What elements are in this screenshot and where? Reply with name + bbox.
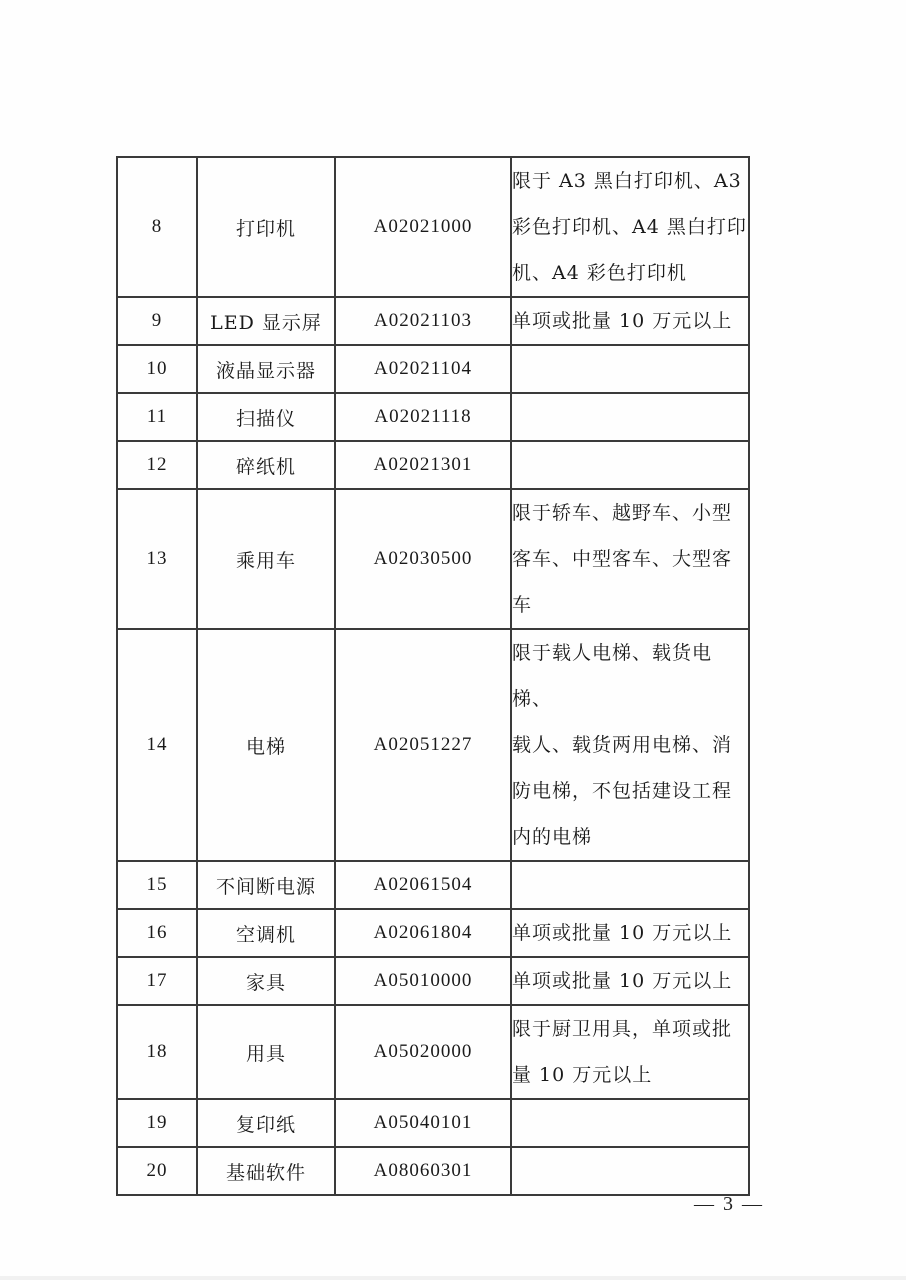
table-row: 10 液晶显示器 A02021104 bbox=[117, 345, 749, 393]
item-code: A05040101 bbox=[335, 1099, 511, 1147]
note-line: 机、A4 彩色打印机 bbox=[512, 250, 748, 296]
table-row: 12 碎纸机 A02021301 bbox=[117, 441, 749, 489]
table-row: 19 复印纸 A05040101 bbox=[117, 1099, 749, 1147]
item-code: A02051227 bbox=[335, 629, 511, 861]
item-code: A08060301 bbox=[335, 1147, 511, 1195]
item-name: 碎纸机 bbox=[197, 441, 335, 489]
row-index: 19 bbox=[117, 1099, 197, 1147]
procurement-catalog-table: 8 打印机 A02021000 限于 A3 黑白打印机、A3 彩色打印机、A4 … bbox=[116, 156, 750, 1196]
item-name: 打印机 bbox=[197, 157, 335, 297]
page-number: — 3 — bbox=[694, 1193, 764, 1216]
item-code: A02061504 bbox=[335, 861, 511, 909]
note-line: 车 bbox=[512, 582, 748, 628]
item-code: A02021000 bbox=[335, 157, 511, 297]
row-index: 11 bbox=[117, 393, 197, 441]
table-row: 18 用具 A05020000 限于厨卫用具，单项或批 量 10 万元以上 bbox=[117, 1005, 749, 1099]
item-code: A02021301 bbox=[335, 441, 511, 489]
item-note: 单项或批量 10 万元以上 bbox=[511, 957, 749, 1005]
item-name: 家具 bbox=[197, 957, 335, 1005]
item-name: 电梯 bbox=[197, 629, 335, 861]
item-name: 基础软件 bbox=[197, 1147, 335, 1195]
note-line: 单项或批量 10 万元以上 bbox=[512, 910, 748, 956]
row-index: 9 bbox=[117, 297, 197, 345]
item-note: 限于 A3 黑白打印机、A3 彩色打印机、A4 黑白打印 机、A4 彩色打印机 bbox=[511, 157, 749, 297]
note-line: 限于载人电梯、载货电梯、 bbox=[512, 630, 748, 722]
row-index: 15 bbox=[117, 861, 197, 909]
item-note: 限于载人电梯、载货电梯、 载人、载货两用电梯、消 防电梯，不包括建设工程 内的电… bbox=[511, 629, 749, 861]
item-note bbox=[511, 861, 749, 909]
item-note: 单项或批量 10 万元以上 bbox=[511, 297, 749, 345]
item-note bbox=[511, 1099, 749, 1147]
note-line: 限于轿车、越野车、小型 bbox=[512, 490, 748, 536]
row-index: 8 bbox=[117, 157, 197, 297]
item-code: A02021104 bbox=[335, 345, 511, 393]
note-line: 限于 A3 黑白打印机、A3 bbox=[512, 158, 748, 204]
item-note: 限于厨卫用具，单项或批 量 10 万元以上 bbox=[511, 1005, 749, 1099]
item-name: 用具 bbox=[197, 1005, 335, 1099]
row-index: 16 bbox=[117, 909, 197, 957]
item-code: A02021103 bbox=[335, 297, 511, 345]
table-row: 13 乘用车 A02030500 限于轿车、越野车、小型 客车、中型客车、大型客… bbox=[117, 489, 749, 629]
row-index: 13 bbox=[117, 489, 197, 629]
item-name: 扫描仪 bbox=[197, 393, 335, 441]
note-line: 限于厨卫用具，单项或批 bbox=[512, 1006, 748, 1052]
item-name: 液晶显示器 bbox=[197, 345, 335, 393]
row-index: 17 bbox=[117, 957, 197, 1005]
table-row: 20 基础软件 A08060301 bbox=[117, 1147, 749, 1195]
row-index: 10 bbox=[117, 345, 197, 393]
document-page: 8 打印机 A02021000 限于 A3 黑白打印机、A3 彩色打印机、A4 … bbox=[0, 0, 906, 1276]
note-line: 载人、载货两用电梯、消 bbox=[512, 722, 748, 768]
item-note: 单项或批量 10 万元以上 bbox=[511, 909, 749, 957]
table-row: 11 扫描仪 A02021118 bbox=[117, 393, 749, 441]
note-line: 防电梯，不包括建设工程 bbox=[512, 768, 748, 814]
item-code: A02061804 bbox=[335, 909, 511, 957]
item-note bbox=[511, 345, 749, 393]
item-code: A05010000 bbox=[335, 957, 511, 1005]
item-note bbox=[511, 1147, 749, 1195]
page-edge bbox=[0, 1276, 906, 1280]
item-note: 限于轿车、越野车、小型 客车、中型客车、大型客 车 bbox=[511, 489, 749, 629]
item-name: 复印纸 bbox=[197, 1099, 335, 1147]
item-note bbox=[511, 441, 749, 489]
note-line: 彩色打印机、A4 黑白打印 bbox=[512, 204, 748, 250]
item-name: LED 显示屏 bbox=[197, 297, 335, 345]
item-name: 乘用车 bbox=[197, 489, 335, 629]
item-code: A05020000 bbox=[335, 1005, 511, 1099]
table-row: 17 家具 A05010000 单项或批量 10 万元以上 bbox=[117, 957, 749, 1005]
row-index: 18 bbox=[117, 1005, 197, 1099]
note-line: 客车、中型客车、大型客 bbox=[512, 536, 748, 582]
item-note bbox=[511, 393, 749, 441]
row-index: 14 bbox=[117, 629, 197, 861]
table-row: 9 LED 显示屏 A02021103 单项或批量 10 万元以上 bbox=[117, 297, 749, 345]
row-index: 12 bbox=[117, 441, 197, 489]
item-name: 空调机 bbox=[197, 909, 335, 957]
item-code: A02030500 bbox=[335, 489, 511, 629]
note-line: 内的电梯 bbox=[512, 814, 748, 860]
note-line: 单项或批量 10 万元以上 bbox=[512, 298, 748, 344]
note-line: 单项或批量 10 万元以上 bbox=[512, 958, 748, 1004]
item-code: A02021118 bbox=[335, 393, 511, 441]
table-row: 15 不间断电源 A02061504 bbox=[117, 861, 749, 909]
table-row: 16 空调机 A02061804 单项或批量 10 万元以上 bbox=[117, 909, 749, 957]
note-line: 量 10 万元以上 bbox=[512, 1052, 748, 1098]
table-row: 14 电梯 A02051227 限于载人电梯、载货电梯、 载人、载货两用电梯、消… bbox=[117, 629, 749, 861]
table-row: 8 打印机 A02021000 限于 A3 黑白打印机、A3 彩色打印机、A4 … bbox=[117, 157, 749, 297]
row-index: 20 bbox=[117, 1147, 197, 1195]
item-name: 不间断电源 bbox=[197, 861, 335, 909]
